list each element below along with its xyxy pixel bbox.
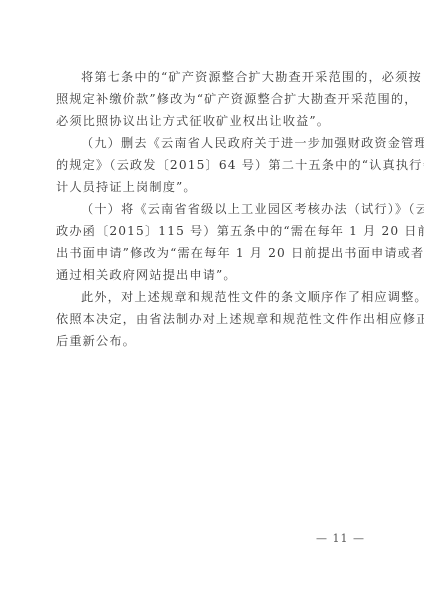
text-line: 必须比照协议出让方式征收矿业权出让收益”。 (56, 110, 374, 132)
text-line: （十）将《云南省省级以上工业园区考核办法（试行）》（云 (56, 198, 374, 220)
page-number: — 11 — (316, 532, 365, 545)
text-line: 照规定补缴价款”修改为“矿产资源整合扩大勘查开采范围的， (56, 88, 374, 110)
text-line: 计人员持证上岗制度”。 (56, 176, 374, 198)
text-line: （九）删去《云南省人民政府关于进一步加强财政资金管理 (56, 132, 374, 154)
text-line: 出书面申请”修改为“需在每年 1 月 20 日前提出书面申请或者 (56, 242, 374, 264)
paragraph-amend-article-7: 将第七条中的“矿产资源整合扩大勘查开采范围的，必须按 照规定补缴价款”修改为“矿… (56, 66, 374, 132)
text-line: 后重新公布。 (56, 330, 374, 352)
text-line: 将第七条中的“矿产资源整合扩大勘查开采范围的，必须按 (56, 66, 374, 88)
text-line: 依照本决定，由省法制办对上述规章和规范性文件作出相应修正 (56, 308, 374, 330)
text-line: 政办函〔2015〕115 号）第五条中的“需在每年 1 月 20 日前提 (56, 220, 374, 242)
paragraph-item-9: （九）删去《云南省人民政府关于进一步加强财政资金管理 的规定》（云政发〔2015… (56, 132, 374, 198)
document-page: 将第七条中的“矿产资源整合扩大勘查开采范围的，必须按 照规定补缴价款”修改为“矿… (0, 0, 424, 600)
paragraph-closing: 此外，对上述规章和规范性文件的条文顺序作了相应调整。 依照本决定，由省法制办对上… (56, 286, 374, 352)
text-line: 通过相关政府网站提出申请”。 (56, 264, 374, 286)
text-line: 的规定》（云政发〔2015〕64 号）第二十五条中的“认真执行会 (56, 154, 374, 176)
document-body: 将第七条中的“矿产资源整合扩大勘查开采范围的，必须按 照规定补缴价款”修改为“矿… (56, 66, 374, 352)
paragraph-item-10: （十）将《云南省省级以上工业园区考核办法（试行）》（云 政办函〔2015〕115… (56, 198, 374, 286)
text-line: 此外，对上述规章和规范性文件的条文顺序作了相应调整。 (56, 286, 374, 308)
